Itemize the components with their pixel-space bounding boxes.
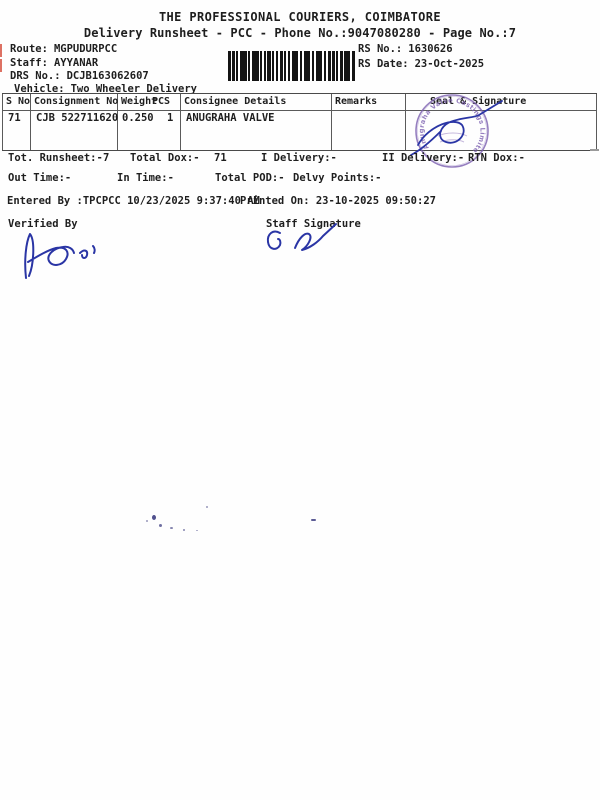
page-title: THE PROFESSIONAL COURIERS, COIMBATORE [0,10,600,24]
rs-date-value: 23-Oct-2025 [415,58,485,70]
tot-runsheet-label: Tot. Runsheet:- [8,152,103,164]
scan-edge-mark [0,44,2,57]
staff-label: Staff: [10,57,48,69]
verified-by-signature [16,226,116,284]
out-time-label: Out Time:- [8,172,71,184]
scan-edge-mark [0,59,2,72]
route-label: Route: [10,43,48,55]
route-value: MGPUDURPCC [54,43,117,55]
table-divider [180,94,181,150]
rs-barcode-icon [228,51,355,81]
col-header-consignment: Consignment No [34,96,118,107]
i-delivery-label: I Delivery:- [261,152,337,164]
printed-on-text: Printed On: 23-10-2025 09:50:27 [240,195,436,207]
staff-value: AYYANAR [54,57,98,69]
table-divider [30,94,31,150]
total-pod-label: Total POD:- [215,172,285,184]
col-header-s-no: S No [6,96,30,107]
staff-signature [262,221,352,266]
drs-line: DRS No.: DCJB163062607 [10,70,149,82]
total-dox-value: 71 [214,152,227,164]
delivery-runsheet-document: THE PROFESSIONAL COURIERS, COIMBATORE De… [0,0,600,800]
drs-label: DRS No.: [10,70,61,82]
delvy-points-label: Delvy Points:- [293,172,382,184]
entered-by-text: Entered By :TPCPCC 10/23/2025 9:37:40 AM [7,195,260,207]
staff-line: Staff: AYYANAR [10,57,98,69]
ii-delivery-label: II Delivery:- [382,152,464,164]
cell-weight: 0.250 [122,112,154,124]
rs-date-line: RS Date: 23-Oct-2025 [358,58,484,70]
total-dox-label: Total Dox:- [130,152,200,164]
table-border-right [596,94,597,150]
cell-pcs: 1 [167,112,173,124]
col-header-consignee: Consignee Details [184,96,286,107]
rs-no-line: RS No.: 1630626 [358,43,453,55]
page-subtitle: Delivery Runsheet - PCC - Phone No.:9047… [0,26,600,40]
col-header-pcs: PCS [152,96,170,107]
col-header-remarks: Remarks [335,96,377,107]
cell-s-no: 71 [8,112,21,124]
route-line: Route: MGPUDURPCC [10,43,117,55]
cell-consignee: ANUGRAHA VALVE [186,112,275,124]
in-time-label: In Time:- [117,172,174,184]
rs-date-label: RS Date: [358,58,409,70]
scan-artifact-dash [590,149,599,151]
rtn-dox-label: RTN Dox:- [468,152,525,164]
table-divider [331,94,332,150]
drs-value: DCJB163062607 [67,70,149,82]
table-border-left [2,94,3,150]
rs-no-value: 1630626 [408,43,452,55]
rs-no-label: RS No.: [358,43,402,55]
tot-runsheet-value: 7 [103,152,109,164]
cell-consignment: CJB 522711620 [36,112,118,124]
